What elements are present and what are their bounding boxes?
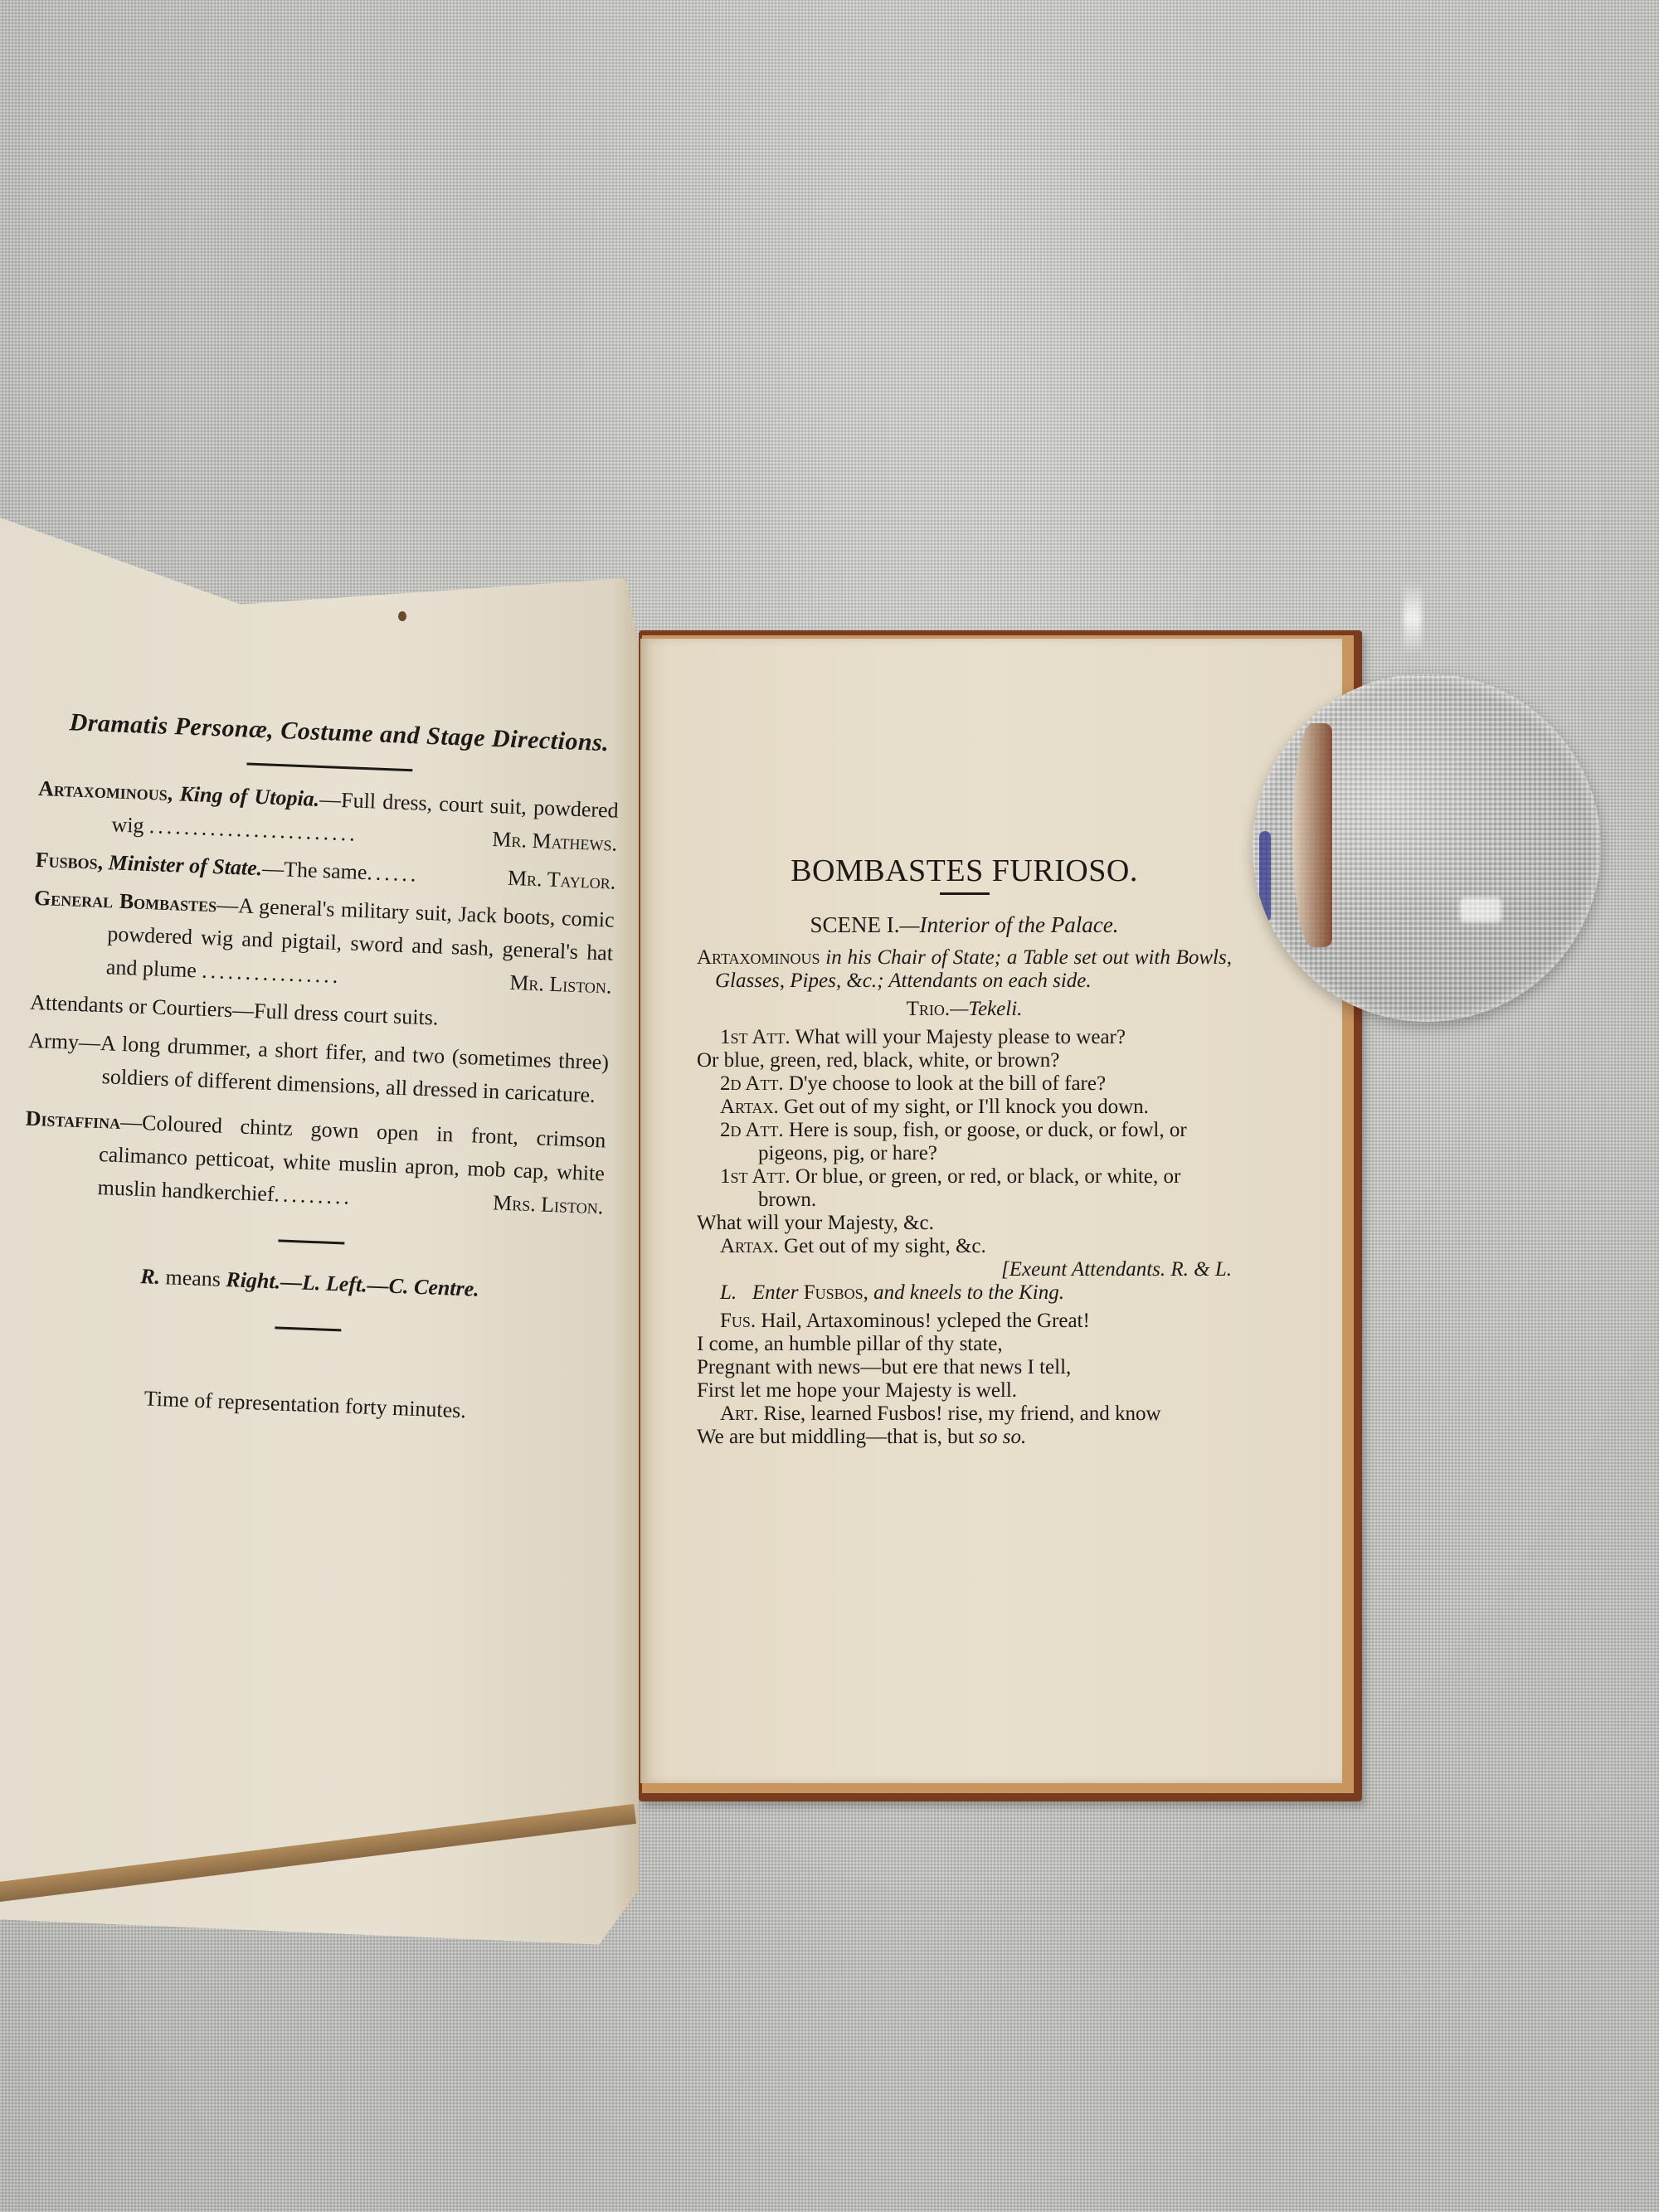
line-text: Or blue, green, red, black, white, or br… [697,1049,1059,1072]
divider [940,892,990,895]
dialogue-line: 2d Att. D'ye choose to look at the bill … [697,1072,1232,1096]
line-text: First let me hope your Majesty is well. [697,1379,1017,1402]
dialogue-line: Artax. Get out of my sight, or I'll knoc… [697,1096,1232,1119]
dramatis-personae-section: Dramatis Personæ, Costume and Stage Dire… [14,705,621,1432]
line-text: Here is soup, fish, or goose, or duck, o… [758,1119,1187,1164]
character-name: Artaxominous [697,946,820,969]
stage-direction: Artaxominous in his Chair of State; a Ta… [697,946,1232,993]
dialogue-line: Pregnant with news—but ere that news I t… [697,1356,1232,1379]
leader-dots: ......... [274,1182,353,1209]
enter-side: L. [720,1281,737,1304]
speaker: Artax. [720,1235,779,1257]
dialogue-line: 1st Att. Or blue, or green, or red, or b… [697,1165,1232,1212]
foxing-spot [398,611,406,621]
cast-entry: Distaffina—Coloured chintz gown open in … [22,1102,606,1224]
scene-heading: SCENE I.—Interior of the Palace. [697,913,1232,936]
character-name: Artaxominous, [38,776,173,805]
line-text: We are but middling—that is, but [697,1426,979,1448]
dialogue-line: I come, an humble pillar of thy state, [697,1333,1232,1356]
line-text: What will your Majesty, &c. [697,1212,934,1234]
play-text-section: BOMBASTES FURIOSO. SCENE I.—Interior of … [697,846,1232,1449]
character-epithet: Minister of State. [108,850,263,880]
dialogue-line: 2d Att. Here is soup, fish, or goose, or… [697,1119,1232,1165]
line-text: Pregnant with news—but ere that news I t… [697,1356,1071,1378]
song-tune: —Tekeli. [950,998,1022,1020]
speaker: 1st Att. [720,1165,791,1188]
line-text: Get out of my sight, &c. [784,1235,986,1257]
lens-reflection [1259,831,1271,922]
scene-number: SCENE I. [810,912,900,937]
actor-name: Mr. Taylor. [581,864,616,899]
costume-text: —The same [262,856,367,884]
enter-rest: and kneels to the King. [873,1281,1064,1304]
divider [278,1239,344,1244]
leader-dots: ................ [202,959,342,988]
line-text: Rise, learned Fusbos! rise, my friend, a… [763,1403,1160,1425]
line-text: Get out of my sight, or I'll knock you d… [784,1096,1149,1118]
character-name: Fusbos, [35,848,103,874]
dialogue-line: Artax. Get out of my sight, &c. [697,1235,1232,1258]
legend-directions: Right.—L. Left.—C. Centre. [226,1267,479,1301]
cast-entry: General Bombastes—A general's military s… [31,882,615,1004]
speaker: 1st Att. [720,1026,791,1048]
line-text: Hail, Artaxominous! ycleped the Great! [761,1310,1089,1332]
character-name: Army [28,1028,80,1054]
song-label: Trio. [907,998,951,1020]
dialogue-line: We are but middling—that is, but so so. [697,1426,1232,1449]
character-name: Distaffina [25,1106,120,1134]
line-text: What will your Majesty please to wear? [795,1026,1125,1048]
legend-r: R. [140,1264,161,1289]
speaker: Art. [720,1403,758,1425]
line-emphasis: so so. [979,1426,1026,1448]
speaker: 2d Att. [720,1072,784,1095]
dialogue-line: Fus. Hail, Artaxominous! ycleped the Gre… [697,1310,1232,1333]
character-name: General Bombastes [34,886,217,916]
character-name: Attendants or Courtiers [30,990,233,1022]
actor-name: Mrs. Liston. [567,1189,604,1224]
light-reflection [1404,581,1422,655]
dialogue-line: What will your Majesty, &c. [697,1212,1232,1235]
exeunt-direction: [Exeunt Attendants. R. & L. [697,1258,1232,1281]
scene-location: —Interior of the Palace. [900,912,1119,937]
lens-glare [1460,897,1501,922]
stage-direction-legend: R. means Right.—L. Left.—C. Centre. [19,1256,601,1311]
enter-verb: Enter [752,1281,799,1304]
leader-dots: ........................ [148,814,358,846]
costume-text: —A long drummer, a short fifer, and two … [79,1030,610,1107]
speaker: 2d Att. [720,1119,784,1141]
magnified-book-edge [1292,723,1332,947]
glass-dome-magnifier [1253,673,1601,1022]
dialogue-line: Art. Rise, learned Fusbos! rise, my frie… [697,1403,1232,1426]
line-text: D'ye choose to look at the bill of fare? [789,1072,1106,1095]
costume-text: —Full dress court suits. [232,998,439,1030]
leader-dots: ...... [367,860,420,886]
legend-means: means [160,1265,226,1291]
speaker: Fus. [720,1310,756,1332]
actor-name: Mr. Mathews. [567,825,618,860]
play-title: BOMBASTES FURIOSO. [697,859,1232,882]
character-name: Fusbos, [804,1281,868,1304]
line-text: Or blue, or green, or red, or black, or … [758,1165,1180,1211]
dialogue-line: Or blue, green, red, black, white, or br… [697,1049,1232,1072]
divider [275,1326,341,1331]
enter-direction: L. Enter Fusbos, and kneels to the King. [697,1281,1232,1305]
speaker: Artax. [720,1096,779,1118]
actor-name: Mr. Liston. [584,969,613,1003]
divider [246,763,412,772]
dialogue-line: First let me hope your Majesty is well. [697,1379,1232,1403]
song-heading: Trio.—Tekeli. [697,998,1232,1021]
line-text: I come, an humble pillar of thy state, [697,1333,1003,1355]
dialogue-line: 1st Att. What will your Majesty please t… [697,1026,1232,1049]
character-epithet: King of Utopia. [179,781,320,810]
